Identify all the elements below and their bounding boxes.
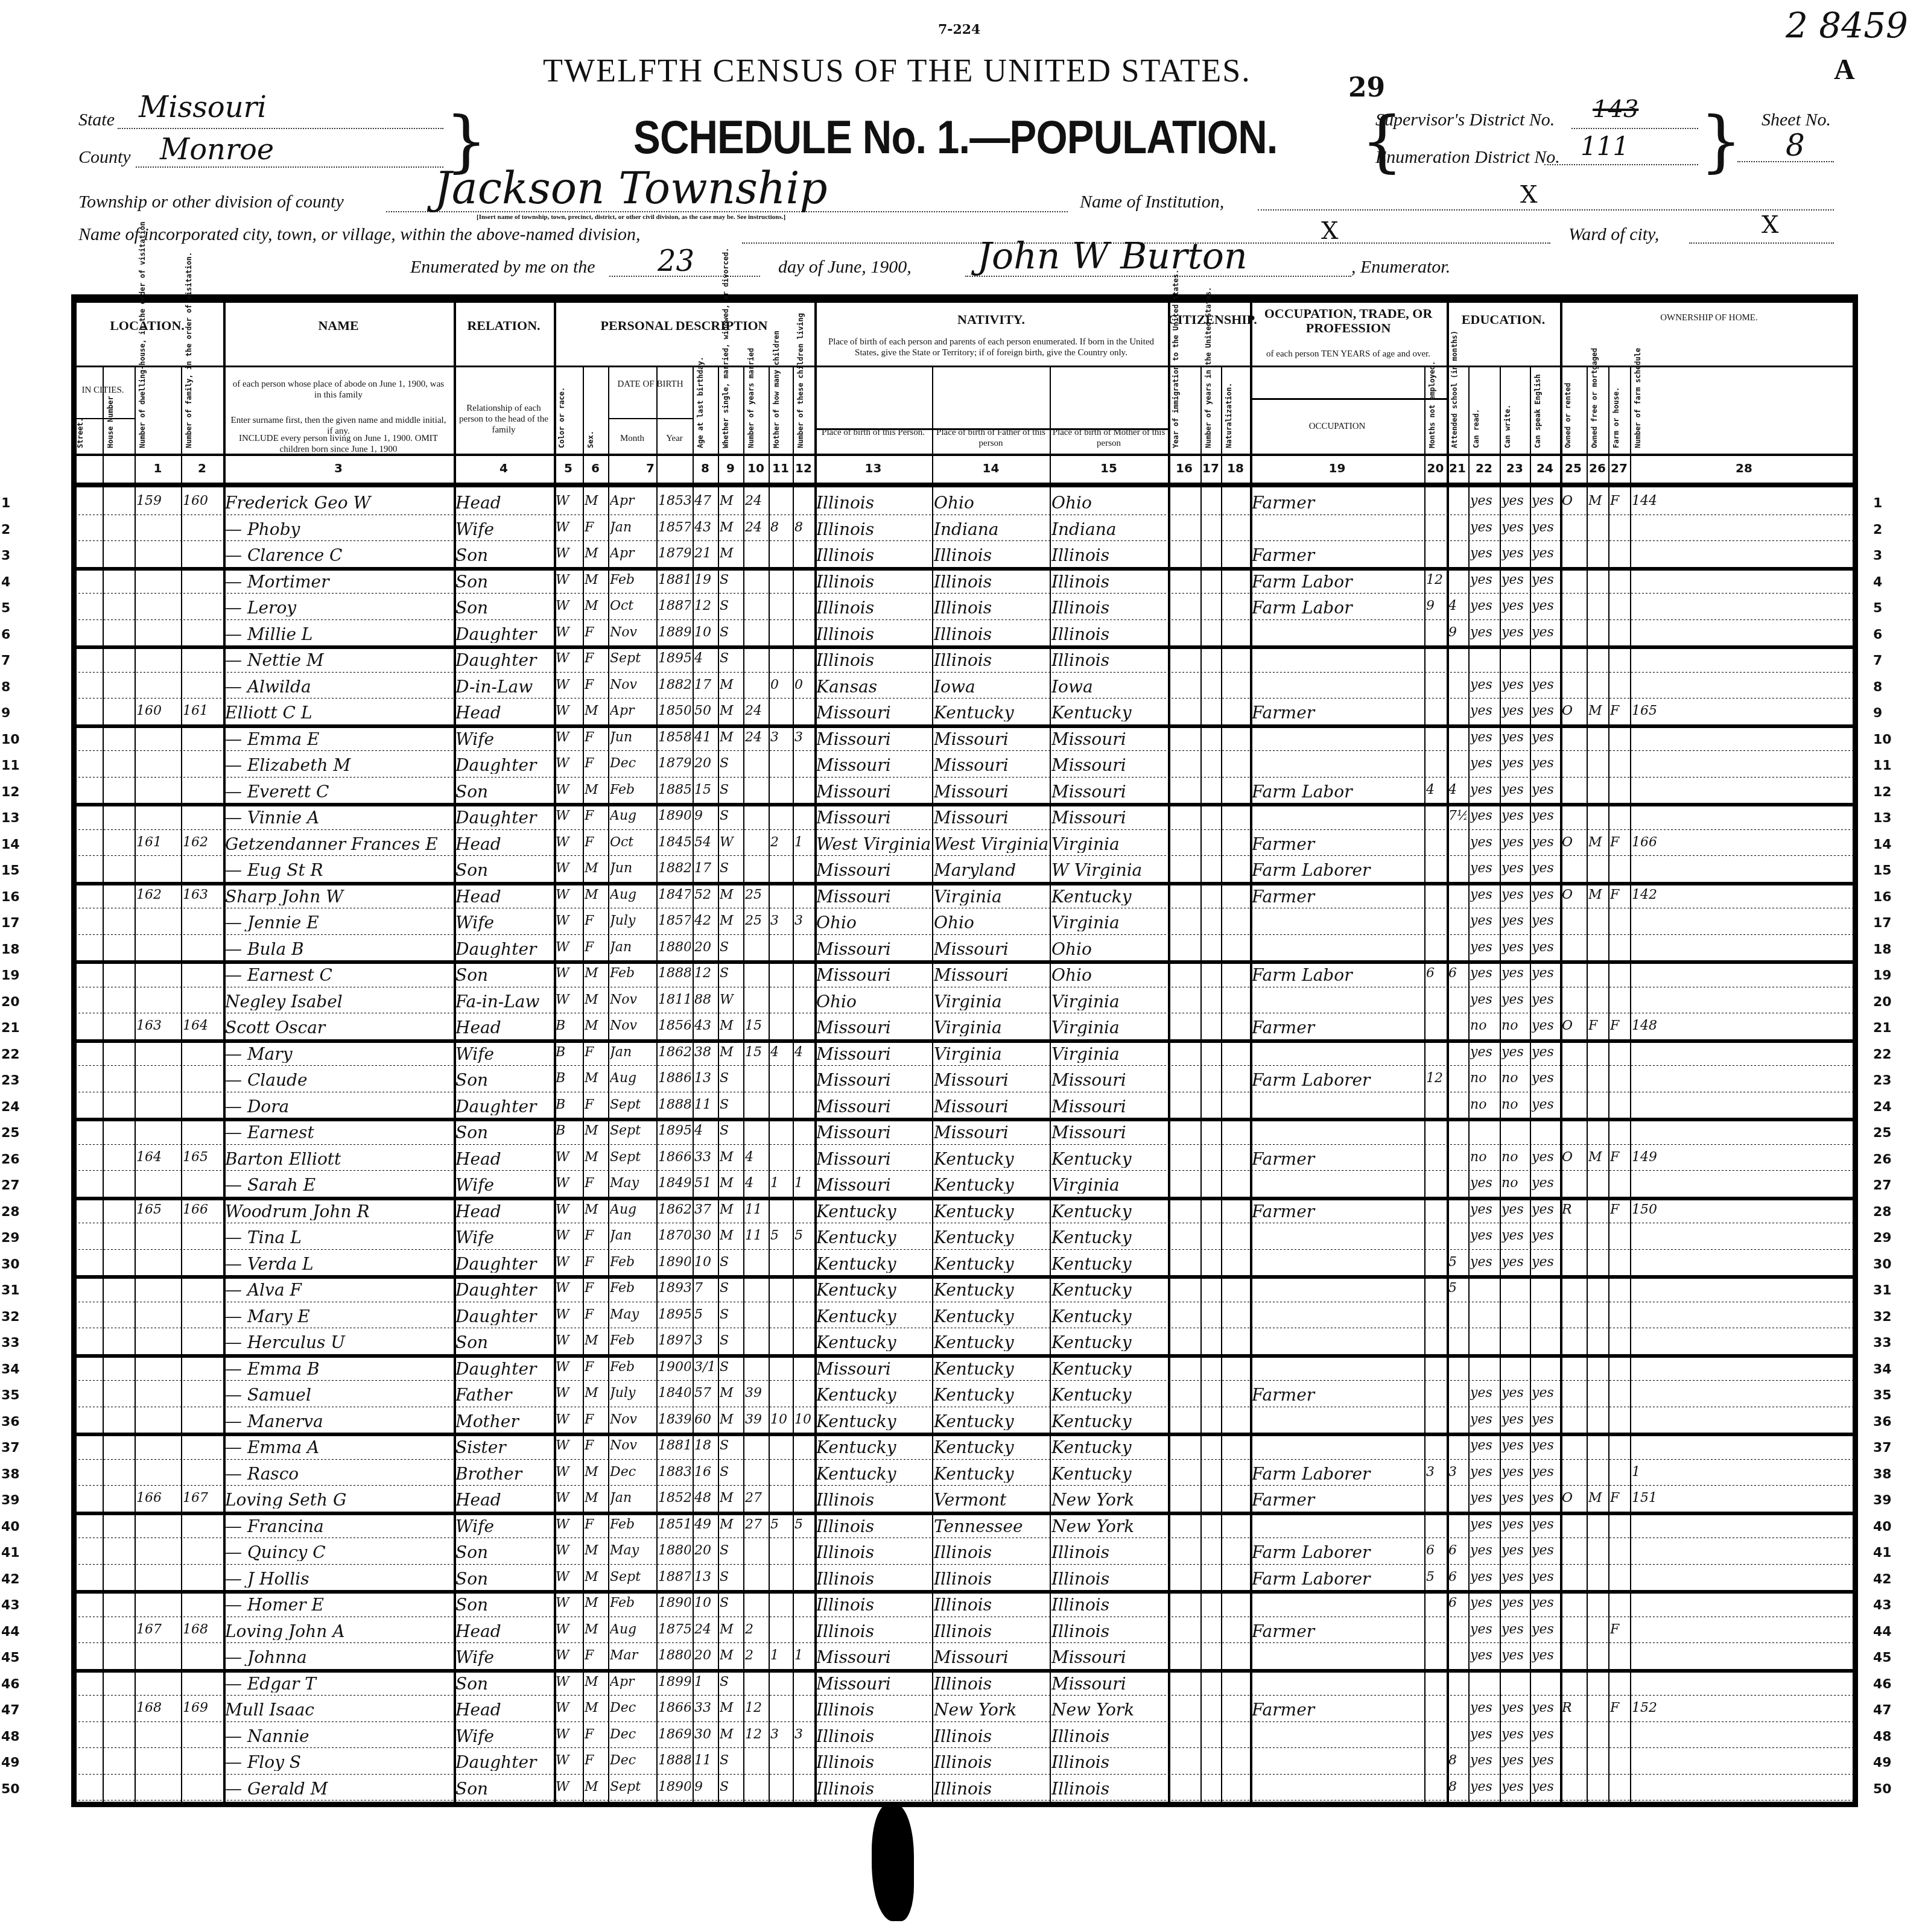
children-born: 8	[770, 521, 791, 534]
children-born: 0	[770, 679, 791, 692]
can-read: yes	[1470, 1728, 1498, 1741]
header-age: Age at last birthday.	[696, 367, 715, 448]
row-number: 29	[1, 1230, 20, 1246]
sex: F	[585, 679, 606, 692]
birth-year: 1895	[658, 1308, 691, 1322]
can-read: yes	[1470, 862, 1498, 875]
relation: Son	[455, 1571, 552, 1588]
sex: M	[585, 1334, 606, 1348]
mother-birthplace: Iowa	[1051, 679, 1166, 695]
row-number: 27	[1873, 1178, 1892, 1193]
person-name: — Gerald M	[225, 1781, 452, 1797]
birthplace: Kentucky	[816, 1413, 930, 1430]
row-number: 48	[1, 1729, 20, 1744]
speaks-english: yes	[1532, 1177, 1558, 1190]
birth-month: Dec	[610, 1728, 655, 1741]
years-married: 15	[745, 1046, 767, 1059]
father-birthplace: Illinois	[934, 574, 1048, 591]
person-name: Scott Oscar	[225, 1019, 452, 1036]
school-months: 9	[1448, 626, 1467, 639]
birthplace: Illinois	[816, 1754, 930, 1771]
corner-letter: A	[1834, 53, 1855, 86]
marital-status: S	[720, 1754, 741, 1767]
row-number: 46	[1, 1677, 20, 1692]
father-birthplace: Kentucky	[934, 1151, 1048, 1168]
birth-month: July	[610, 914, 655, 928]
birth-year: 1811	[658, 993, 691, 1007]
age: 41	[694, 731, 716, 744]
birthplace: Kentucky	[816, 1439, 930, 1456]
marital-status: M	[720, 1387, 741, 1400]
occupation: Farmer	[1252, 1151, 1422, 1168]
occupation: Farmer	[1252, 1702, 1422, 1718]
row-number: 9	[1, 706, 10, 721]
birthplace: Illinois	[816, 1518, 930, 1535]
can-read: yes	[1470, 679, 1498, 692]
school-months: 8	[1448, 1781, 1467, 1794]
age: 4	[694, 1124, 716, 1138]
color: W	[556, 862, 581, 875]
marital-status: S	[720, 1098, 741, 1112]
birth-month: Dec	[610, 1702, 655, 1715]
marital-status: M	[720, 1623, 741, 1636]
person-name: — Francina	[225, 1518, 452, 1535]
row-number: 20	[1, 995, 20, 1010]
marital-status: M	[720, 1046, 741, 1059]
speaks-english: yes	[1532, 941, 1558, 954]
marital-status: S	[720, 1466, 741, 1479]
color: W	[556, 1754, 581, 1767]
can-write: no	[1501, 1177, 1528, 1190]
row-number: 25	[1873, 1126, 1892, 1141]
row-number: 23	[1, 1073, 20, 1088]
mother-birthplace: Illinois	[1051, 574, 1166, 591]
enumerated-day: 23	[658, 244, 694, 278]
row-number: 39	[1873, 1493, 1892, 1508]
color: B	[556, 1046, 581, 1059]
color: W	[556, 1518, 581, 1531]
children-living: 3	[794, 914, 813, 928]
header-occupation-desc: of each person TEN YEARS of age and over…	[1250, 349, 1447, 359]
can-write: yes	[1501, 993, 1528, 1007]
birth-month: Nov	[610, 679, 655, 692]
can-read: yes	[1470, 626, 1498, 639]
row-number: 13	[1873, 811, 1892, 826]
birthplace: Missouri	[816, 941, 930, 958]
color: W	[556, 757, 581, 770]
enum-district-line	[1544, 163, 1698, 165]
birth-month: Jan	[610, 941, 655, 954]
birthplace: Illinois	[816, 1544, 930, 1561]
relation: Daughter	[455, 757, 552, 774]
age: 88	[694, 993, 716, 1007]
occupation: Farmer	[1252, 888, 1422, 905]
birth-year: 1887	[658, 600, 691, 613]
person-name: Elliott C L	[225, 705, 452, 721]
dwelling-number: 162	[136, 888, 179, 902]
can-read: yes	[1470, 1046, 1498, 1059]
header-years-married: Number of years married	[747, 343, 766, 448]
free-mortgaged: F	[1588, 1019, 1606, 1033]
sheet-number-label: Sheet No.	[1762, 110, 1831, 130]
marital-status: S	[720, 1282, 741, 1295]
dwelling-number: 159	[136, 495, 179, 508]
marital-status: S	[720, 1308, 741, 1322]
person-name: — Alwilda	[225, 679, 452, 695]
age: 43	[694, 521, 716, 534]
supervisor-district-value: 143	[1593, 95, 1638, 123]
father-birthplace: Illinois	[934, 1781, 1048, 1797]
birthplace: Illinois	[816, 1728, 930, 1745]
mother-birthplace: Kentucky	[1051, 1334, 1166, 1351]
person-name: — Earnest	[225, 1124, 452, 1141]
father-birthplace: Illinois	[934, 600, 1048, 616]
father-birthplace: Virginia	[934, 1019, 1048, 1036]
mother-birthplace: Kentucky	[1051, 888, 1166, 905]
row-number: 31	[1873, 1283, 1892, 1298]
column-number-23: 23	[1500, 461, 1530, 475]
speaks-english: yes	[1532, 731, 1558, 744]
marital-status: S	[720, 862, 741, 875]
can-write: yes	[1501, 784, 1528, 797]
sex: F	[585, 626, 606, 639]
sex: F	[585, 1361, 606, 1374]
color: W	[556, 1151, 581, 1164]
age: 60	[694, 1413, 716, 1427]
marital-status: M	[720, 1151, 741, 1164]
mother-birthplace: Illinois	[1051, 1623, 1166, 1640]
enumerator-label: , Enumerator.	[1351, 257, 1450, 277]
birth-year: 1840	[658, 1387, 691, 1400]
color: W	[556, 1781, 581, 1794]
person-name: Loving John A	[225, 1623, 452, 1640]
relation: Wife	[455, 521, 552, 538]
row-number: 41	[1, 1545, 20, 1560]
header-year: Year	[656, 433, 693, 444]
father-birthplace: Kentucky	[934, 1308, 1048, 1325]
birth-month: Jan	[610, 1046, 655, 1059]
occupation: Farmer	[1252, 1203, 1422, 1220]
speaks-english: yes	[1532, 914, 1558, 928]
birth-month: Feb	[610, 967, 655, 980]
can-read: yes	[1470, 1544, 1498, 1557]
can-read: yes	[1470, 1702, 1498, 1715]
sex: M	[585, 1623, 606, 1636]
row-number: 32	[1873, 1310, 1892, 1325]
occupation: Farmer	[1252, 1387, 1422, 1404]
township-value: Jackson Township	[434, 163, 828, 214]
years-married: 24	[745, 495, 767, 508]
father-birthplace: Illinois	[934, 1728, 1048, 1745]
color: W	[556, 705, 581, 718]
farm-schedule-number: 142	[1632, 888, 1856, 902]
speaks-english: yes	[1532, 1623, 1558, 1636]
birthplace: Kansas	[816, 679, 930, 695]
row-number: 21	[1, 1021, 20, 1036]
speaks-english: yes	[1532, 495, 1558, 508]
birth-month: Sept	[610, 1571, 655, 1584]
father-birthplace: Missouri	[934, 1072, 1048, 1089]
relation: Daughter	[455, 1256, 552, 1273]
person-name: — Mary	[225, 1046, 452, 1063]
row-number: 6	[1, 627, 10, 642]
can-read: yes	[1470, 521, 1498, 534]
row-number: 22	[1873, 1047, 1892, 1062]
person-name: — Johnna	[225, 1649, 452, 1666]
dwelling-number: 166	[136, 1492, 179, 1505]
mother-birthplace: Virginia	[1051, 993, 1166, 1010]
owned-rented: O	[1562, 1019, 1585, 1033]
occupation-underline	[1250, 398, 1447, 400]
header-relation: RELATION.	[454, 318, 554, 333]
occupation: Farmer	[1252, 1019, 1422, 1036]
birthplace: Illinois	[816, 600, 930, 616]
color: B	[556, 1098, 581, 1112]
marital-status: M	[720, 1702, 741, 1715]
color: W	[556, 547, 581, 560]
farm-house: F	[1610, 1623, 1628, 1636]
sex: M	[585, 1492, 606, 1505]
children-born: 3	[770, 731, 791, 744]
row-number: 8	[1, 680, 10, 695]
sex: F	[585, 1518, 606, 1531]
owned-rented: R	[1562, 1203, 1585, 1217]
column-number-8: 8	[693, 461, 718, 475]
school-months: 6	[1448, 1597, 1467, 1610]
row-number: 27	[1, 1178, 20, 1193]
header-name-include: INCLUDE every person living on June 1, 1…	[229, 433, 448, 455]
birthplace: Missouri	[816, 1361, 930, 1378]
mother-birthplace: Illinois	[1051, 1754, 1166, 1771]
header-attended-school: Attended school (in months)	[1450, 343, 1466, 448]
birthplace: Illinois	[816, 547, 930, 564]
years-married: 12	[745, 1702, 767, 1715]
birth-month: Mar	[610, 1649, 655, 1662]
school-months: 7½	[1448, 809, 1467, 823]
age: 9	[694, 809, 716, 823]
birth-month: Dec	[610, 1466, 655, 1479]
sex: M	[585, 1203, 606, 1217]
sex: M	[585, 574, 606, 587]
row-number: 38	[1, 1467, 20, 1482]
can-write: yes	[1501, 1781, 1528, 1794]
color: W	[556, 1492, 581, 1505]
speaks-english: yes	[1532, 757, 1558, 770]
speaks-english: yes	[1532, 862, 1558, 875]
birth-month: Oct	[610, 600, 655, 613]
age: 50	[694, 705, 716, 718]
person-name: — Mortimer	[225, 574, 452, 591]
person-name: — Emma B	[225, 1361, 452, 1378]
age: 5	[694, 1308, 716, 1322]
speaks-english: yes	[1532, 1544, 1558, 1557]
birth-year: 1850	[658, 705, 691, 718]
age: 3	[694, 1334, 716, 1348]
column-number-25: 25	[1560, 461, 1587, 475]
birth-month: Nov	[610, 1019, 655, 1033]
relation: Father	[455, 1387, 552, 1404]
institution-line	[1258, 208, 1834, 211]
father-birthplace: Virginia	[934, 1046, 1048, 1063]
row-number: 32	[1, 1310, 20, 1325]
farm-schedule-number: 150	[1632, 1203, 1856, 1217]
birth-month: Feb	[610, 1361, 655, 1374]
birth-year: 1900	[658, 1361, 691, 1374]
column-number-10: 10	[743, 461, 769, 475]
can-write: yes	[1501, 757, 1528, 770]
row-number: 50	[1, 1782, 20, 1797]
birth-year: 1856	[658, 1019, 691, 1033]
birthplace: Missouri	[816, 1072, 930, 1089]
relation: Wife	[455, 1046, 552, 1063]
header-pob-father: Place of birth of Father of this person	[932, 427, 1050, 449]
age: 9	[694, 1781, 716, 1794]
person-name: Loving Seth G	[225, 1492, 452, 1509]
row-number: 12	[1873, 785, 1892, 800]
farm-schedule-number: 166	[1632, 836, 1856, 849]
color: W	[556, 521, 581, 534]
birthplace: Missouri	[816, 1019, 930, 1036]
mother-birthplace: Illinois	[1051, 1728, 1166, 1745]
birth-year: 1862	[658, 1046, 691, 1059]
row-number: 36	[1873, 1414, 1892, 1430]
school-months: 6	[1448, 1571, 1467, 1584]
can-write: yes	[1501, 941, 1528, 954]
years-married: 27	[745, 1492, 767, 1505]
speaks-english: yes	[1532, 1439, 1558, 1452]
color: W	[556, 1649, 581, 1662]
row-number: 35	[1873, 1388, 1892, 1403]
relation: Son	[455, 784, 552, 800]
header-can-read: Can read.	[1472, 391, 1497, 448]
birth-month: Jan	[610, 1492, 655, 1505]
father-birthplace: Kentucky	[934, 1466, 1048, 1483]
header-relation-desc: Relationship of each person to the head …	[457, 403, 551, 435]
color: W	[556, 941, 581, 954]
can-read: yes	[1470, 1571, 1498, 1584]
row-number: 20	[1873, 995, 1892, 1010]
children-living: 3	[794, 731, 813, 744]
years-married: 11	[745, 1229, 767, 1243]
mother-birthplace: New York	[1051, 1492, 1166, 1509]
mother-birthplace: Kentucky	[1051, 1308, 1166, 1325]
speaks-english: yes	[1532, 967, 1558, 980]
color: W	[556, 1203, 581, 1217]
person-name: Sharp John W	[225, 888, 452, 905]
color: W	[556, 1282, 581, 1295]
color: W	[556, 626, 581, 639]
row-number: 37	[1873, 1440, 1892, 1455]
header-farm-house: Farm or house.	[1612, 373, 1628, 448]
column-number-7: 7	[608, 461, 693, 475]
can-write: yes	[1501, 626, 1528, 639]
row-number: 46	[1873, 1677, 1892, 1692]
column-number-12: 12	[793, 461, 814, 475]
farm-house: F	[1610, 705, 1628, 718]
header-month: Month	[608, 433, 656, 444]
age: 16	[694, 1466, 716, 1479]
dob-underline	[608, 418, 693, 419]
color: W	[556, 652, 581, 665]
occupation: Farm Labor	[1252, 967, 1422, 984]
birth-month: Jan	[610, 521, 655, 534]
row-number: 19	[1873, 968, 1892, 983]
can-write: yes	[1501, 1518, 1528, 1531]
can-write: yes	[1501, 1387, 1528, 1400]
mother-birthplace: Kentucky	[1051, 1256, 1166, 1273]
farm-house: F	[1610, 888, 1628, 902]
school-months: 8	[1448, 1754, 1467, 1767]
birth-month: May	[610, 1308, 655, 1322]
birth-month: Aug	[610, 1203, 655, 1217]
header-education: EDUCATION.	[1447, 312, 1560, 327]
sex: M	[585, 1597, 606, 1610]
relation: Daughter	[455, 1754, 552, 1771]
school-months: 5	[1448, 1282, 1467, 1295]
marital-status: S	[720, 1781, 741, 1794]
age: 38	[694, 1046, 716, 1059]
speaks-english: yes	[1532, 784, 1558, 797]
birth-year: 1883	[658, 1466, 691, 1479]
father-birthplace: Missouri	[934, 941, 1048, 958]
children-born: 2	[770, 836, 791, 849]
row-number: 24	[1, 1100, 20, 1115]
can-read: yes	[1470, 1229, 1498, 1243]
age: 48	[694, 1492, 716, 1505]
free-mortgaged: M	[1588, 705, 1606, 718]
ward-label: Ward of city,	[1568, 224, 1659, 245]
speaks-english: yes	[1532, 1649, 1558, 1662]
can-write: yes	[1501, 521, 1528, 534]
age: 10	[694, 1256, 716, 1269]
row-number: 30	[1, 1257, 20, 1272]
birth-year: 1897	[658, 1334, 691, 1348]
person-name: — Dora	[225, 1098, 452, 1115]
row-number: 33	[1, 1335, 20, 1351]
occupation: Farm Laborer	[1252, 1466, 1422, 1483]
marital-status: S	[720, 1597, 741, 1610]
relation: Wife	[455, 914, 552, 931]
sex: M	[585, 967, 606, 980]
sex: F	[585, 1282, 606, 1295]
ward-value: X	[1762, 211, 1778, 239]
person-name: — Clarence C	[225, 547, 452, 564]
age: 43	[694, 1019, 716, 1033]
age: 37	[694, 1203, 716, 1217]
father-birthplace: Kentucky	[934, 1256, 1048, 1273]
row-number: 44	[1873, 1624, 1892, 1639]
column-number-22: 22	[1468, 461, 1500, 475]
birthplace: Missouri	[816, 1098, 930, 1115]
sex: F	[585, 1046, 606, 1059]
speaks-english: yes	[1532, 1256, 1558, 1269]
can-read: yes	[1470, 1623, 1498, 1636]
color: W	[556, 1597, 581, 1610]
header-owned-rented: Owned or rented	[1564, 367, 1584, 448]
row-number: 28	[1873, 1205, 1892, 1220]
age: 51	[694, 1177, 716, 1190]
sex: F	[585, 836, 606, 849]
years-married: 39	[745, 1387, 767, 1400]
sex: F	[585, 521, 606, 534]
birthplace: Illinois	[816, 574, 930, 591]
can-write: yes	[1501, 809, 1528, 823]
row-number: 49	[1, 1755, 20, 1770]
person-name: — Bula B	[225, 941, 452, 958]
mother-birthplace: Kentucky	[1051, 1229, 1166, 1246]
color: W	[556, 1728, 581, 1741]
age: 11	[694, 1098, 716, 1112]
